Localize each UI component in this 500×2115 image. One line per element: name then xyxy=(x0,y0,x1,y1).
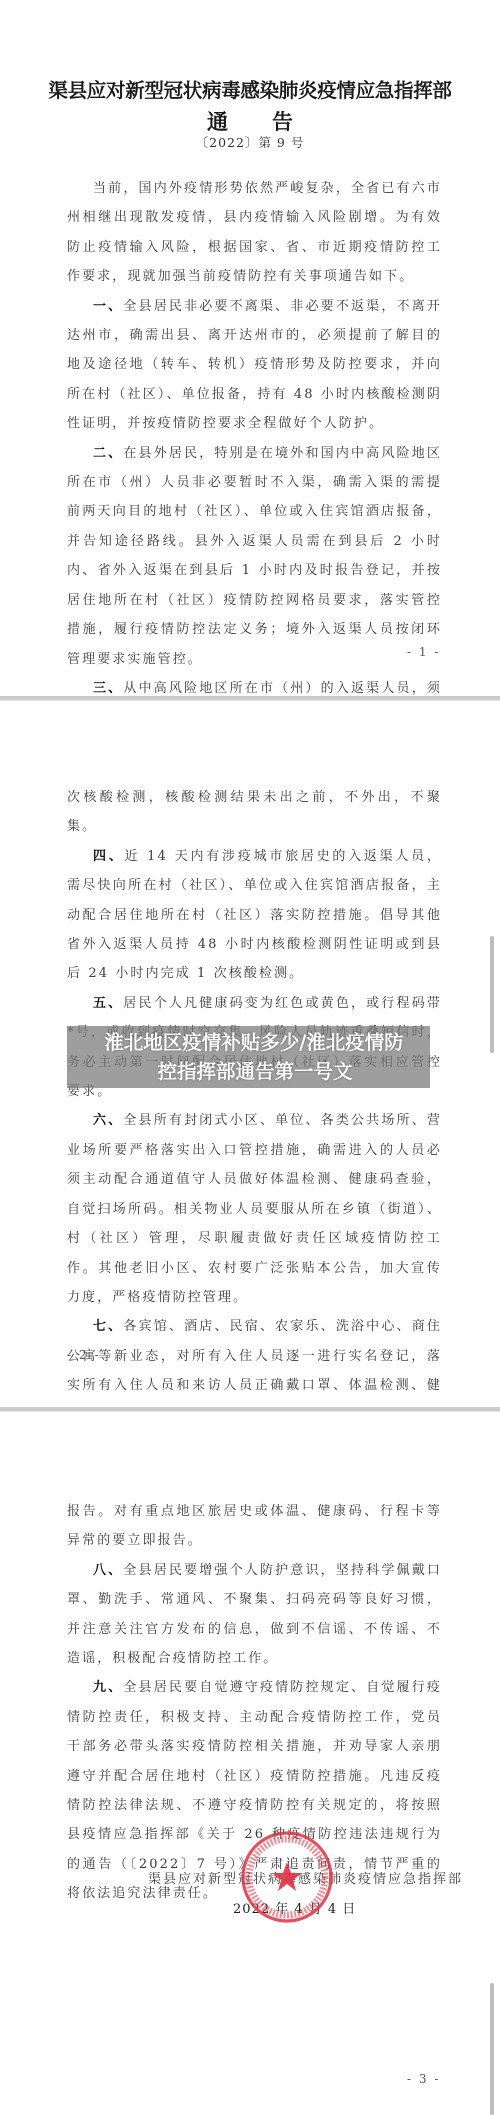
item-8: 八、全县居民要增强个人防护意识，坚持科学佩戴口罩、勤洗手、常通风、不聚集、扫码亮… xyxy=(67,1556,442,1674)
item-8-number: 八、 xyxy=(93,1563,123,1578)
headline-line-1: 淮北地区疫情补贴多少/淮北疫情防 xyxy=(0,1028,500,1057)
item-2: 二、在县外居民，特别是在境外和国内中高风险地区所在市（州）人员非必要暂时不入渠，… xyxy=(67,439,442,674)
item-3-number: 三、 xyxy=(93,681,123,696)
page1-body: 当前，国内外疫情形势依然严峻复杂，全省已有六市州相继出现散发疫情，县内疫情输入风… xyxy=(67,174,442,762)
document-page-1: 渠县应对新型冠状病毒感染肺炎疫情应急指挥部 通告 〔2022〕第 9 号 当前，… xyxy=(0,0,500,697)
item-3-part2: 次核酸检测，核酸检测结果未出之前，不外出，不聚集。 xyxy=(67,783,442,842)
item-1-number: 一、 xyxy=(93,299,123,314)
item-7-number: 七、 xyxy=(93,1319,123,1334)
intro-paragraph: 当前，国内外疫情形势依然严峻复杂，全省已有六市州相继出现散发疫情，县内疫情输入风… xyxy=(67,174,442,292)
item-1-text: 全县居民非必要不离渠、非必要不返渠，不离开达州市，确需出县、离开达州市的，必须提… xyxy=(67,299,442,432)
notice-subtitle: 通告 xyxy=(0,106,500,136)
notice-title: 渠县应对新型冠状病毒感染肺炎疫情应急指挥部 xyxy=(0,75,500,103)
item-7-part2: 报告。对有重点地区旅居史或体温、健康码、行程卡等异常的要立即报告。 xyxy=(67,1497,442,1556)
document-page-3: 报告。对有重点地区旅居史或体温、健康码、行程卡等异常的要立即报告。 八、全县居民… xyxy=(0,1412,500,2115)
subtitle-char-1: 通 xyxy=(207,106,228,136)
item-6-number: 六、 xyxy=(93,1113,123,1128)
official-seal-icon xyxy=(240,1830,334,1924)
subtitle-char-2: 告 xyxy=(272,106,293,136)
document-number: 〔2022〕第 9 号 xyxy=(0,133,500,151)
scrollbar-thumb-2[interactable] xyxy=(490,1983,494,2115)
item-6-text: 全县所有封闭式小区、单位、各类公共场所、营业场所要严格落实出入口管控措施，确需进… xyxy=(67,1113,442,1304)
item-9-number: 九、 xyxy=(93,1680,123,1695)
item-5-number: 五、 xyxy=(93,996,123,1011)
headline-banner-text[interactable]: 淮北地区疫情补贴多少/淮北疫情防 控指挥部通告第一号文 xyxy=(0,1028,500,1086)
page-number-1: - 1 - xyxy=(407,645,440,659)
item-8-text: 全县居民要增强个人防护意识，坚持科学佩戴口罩、勤洗手、常通风、不聚集、扫码亮码等… xyxy=(67,1563,442,1666)
item-1: 一、全县居民非必要不离渠、非必要不返渠，不离开达州市，确需出县、离开达州市的，必… xyxy=(67,292,442,439)
item-2-text: 在县外居民，特别是在境外和国内中高风险地区所在市（州）人员非必要暂时不入渠，确需… xyxy=(67,446,442,667)
page-number-3: - 3 - xyxy=(407,2072,440,2086)
item-4-number: 四、 xyxy=(93,849,125,864)
item-4: 四、近 14 天内有涉疫城市旅居史的入返渠人员，需尽快向所在村（社区）、单位或入… xyxy=(67,842,442,989)
item-6: 六、全县所有封闭式小区、单位、各类公共场所、营业场所要严格落实出入口管控措施，确… xyxy=(67,1106,442,1312)
headline-line-2: 控指挥部通告第一号文 xyxy=(0,1057,500,1086)
page-number-2: - 2 - xyxy=(67,1348,100,1362)
item-2-number: 二、 xyxy=(93,446,123,461)
item-4-text: 近 14 天内有涉疫城市旅居史的入返渠人员，需尽快向所在村（社区）、单位或入住宾… xyxy=(67,849,442,982)
